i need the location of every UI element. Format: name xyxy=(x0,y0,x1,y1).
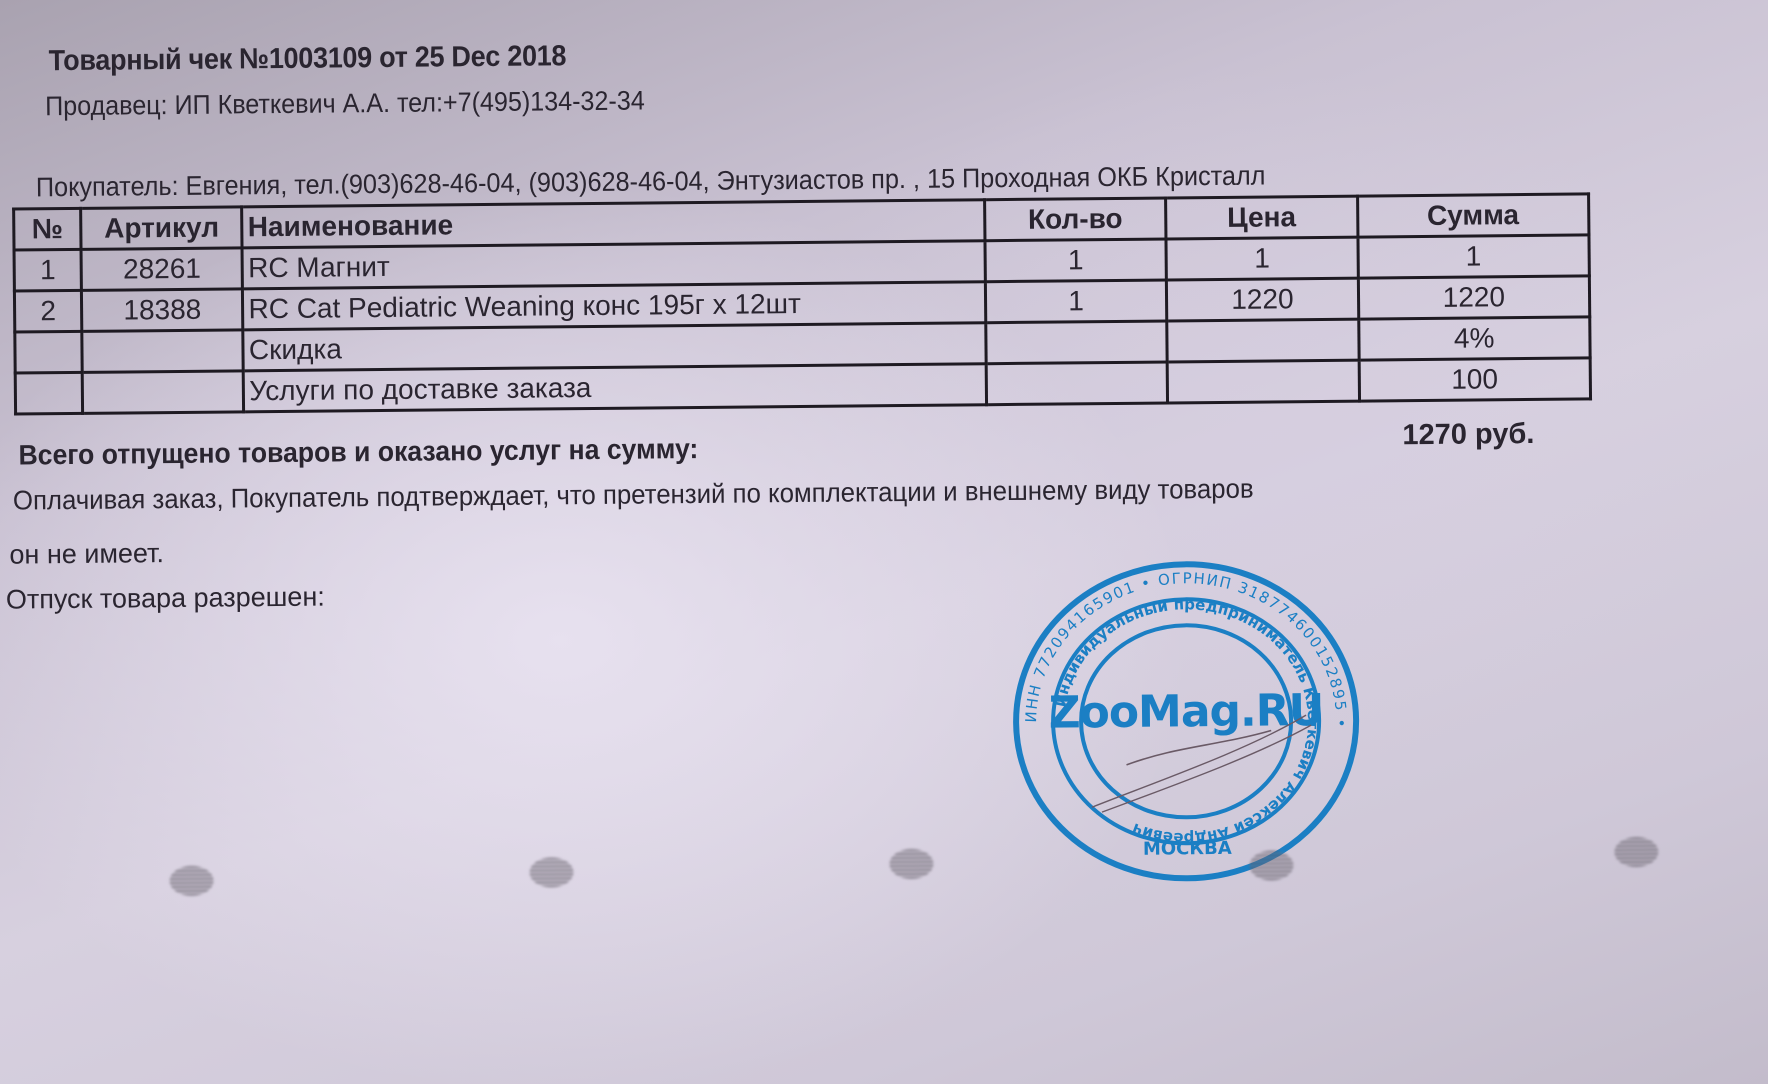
cell-name: Услуги по доставке заказа xyxy=(244,364,987,412)
total-label: Всего отпущено товаров и оказано услуг н… xyxy=(18,433,698,472)
company-stamp-icon: ИНН 772094165901 • ОГРНИП 31877460015289… xyxy=(1005,555,1368,888)
cell-sum: 4% xyxy=(1358,317,1590,360)
cell-price: 1 xyxy=(1166,237,1358,280)
items-table: № Артикул Наименование Кол-во Цена Сумма… xyxy=(12,192,1592,415)
cell-no: 1 xyxy=(14,249,82,291)
acceptance-note-line1: Оплачивая заказ, Покупатель подтверждает… xyxy=(13,474,1254,517)
cell-article xyxy=(82,330,244,373)
header-price: Цена xyxy=(1166,196,1358,239)
total-value: 1270 руб. xyxy=(1402,418,1534,452)
cell-name: RC Магнит xyxy=(242,241,985,289)
release-authorized-label: Отпуск товара разрешен: xyxy=(6,582,325,616)
cell-article: 18388 xyxy=(82,289,244,332)
stamp-city: МОСКВА xyxy=(1143,838,1232,860)
cell-sum: 1 xyxy=(1357,235,1589,278)
cell-price xyxy=(1167,360,1359,403)
punch-hole-icon xyxy=(889,849,933,879)
cell-qty: 1 xyxy=(985,280,1167,323)
cell-article: 28261 xyxy=(81,248,243,291)
cell-name: RC Cat Pediatric Weaning конс 195г х 12ш… xyxy=(243,282,986,330)
cell-qty: 1 xyxy=(985,239,1167,282)
header-article: Артикул xyxy=(81,207,243,250)
cell-qty xyxy=(986,362,1168,405)
punch-hole-icon xyxy=(529,857,573,887)
stamp-logo: ZooMag.RU xyxy=(1048,685,1323,739)
header-name: Наименование xyxy=(242,200,985,248)
cell-no: 2 xyxy=(14,290,82,332)
receipt-paper: Товарный чек №1003109 от 25 Dec 2018 Про… xyxy=(0,0,1768,1084)
header-sum: Сумма xyxy=(1357,194,1589,237)
cell-name: Скидка xyxy=(243,323,986,371)
cell-sum: 1220 xyxy=(1358,276,1590,319)
header-qty: Кол-во xyxy=(984,198,1166,241)
cell-price: 1220 xyxy=(1167,278,1359,321)
cell-no xyxy=(15,372,83,414)
cell-qty xyxy=(986,321,1168,364)
seller-info: Продавец: ИП Кветкевич А.А. тел:+7(495)1… xyxy=(45,85,645,122)
acceptance-note-line2: он не имеет. xyxy=(9,538,164,570)
cell-sum: 100 xyxy=(1359,358,1591,401)
punch-hole-icon xyxy=(169,866,213,896)
punch-hole-icon xyxy=(1614,837,1658,867)
receipt-title: Товарный чек №1003109 от 25 Dec 2018 xyxy=(49,40,567,78)
header-no: № xyxy=(14,208,82,250)
cell-article xyxy=(82,371,244,414)
cell-price xyxy=(1167,319,1359,362)
cell-no xyxy=(15,331,83,373)
